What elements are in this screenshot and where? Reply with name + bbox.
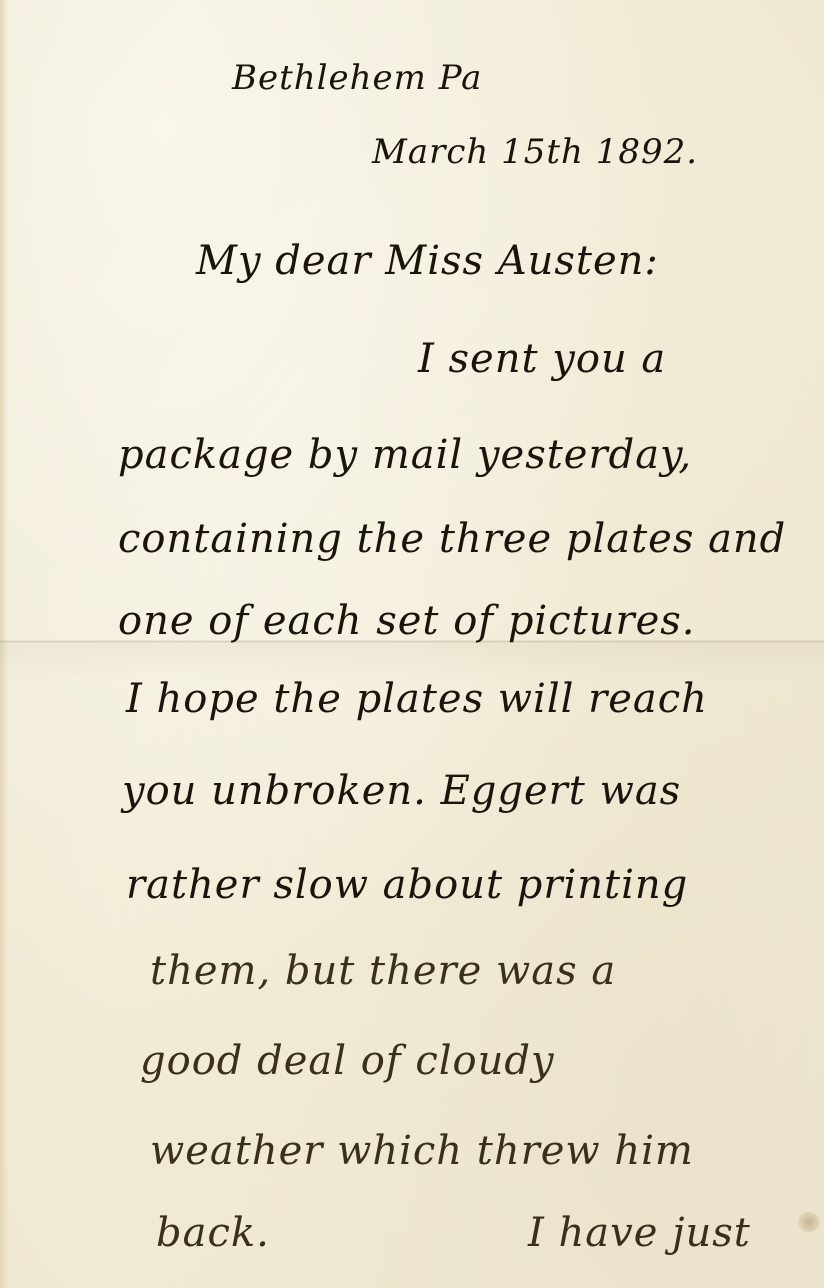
letter-line: I hope the plates will reach	[126, 676, 708, 722]
letter-line: package by mail yesterday,	[118, 432, 692, 478]
letter-line: one of each set of pictures.	[118, 598, 696, 644]
letter-line: them, but there was a	[150, 948, 616, 994]
letter-line: weather which threw him	[150, 1128, 694, 1174]
letter-line: you unbroken. Eggert was	[122, 768, 681, 814]
letter-date: March 15th 1892.	[372, 132, 698, 172]
letter-place: Bethlehem Pa	[232, 58, 482, 98]
letter-page: Bethlehem Pa March 15th 1892. My dear Mi…	[0, 0, 824, 1288]
letter-line: good deal of cloudy	[140, 1038, 555, 1084]
letter-line: I sent you a	[418, 336, 666, 382]
ink-stain	[798, 1212, 820, 1232]
letter-line: rather slow about printing	[126, 862, 688, 908]
letter-line: back.	[156, 1210, 270, 1256]
letter-line: containing the three plates and	[118, 516, 786, 562]
letter-line: I have just	[528, 1210, 751, 1256]
letter-salutation: My dear Miss Austen:	[196, 238, 659, 284]
